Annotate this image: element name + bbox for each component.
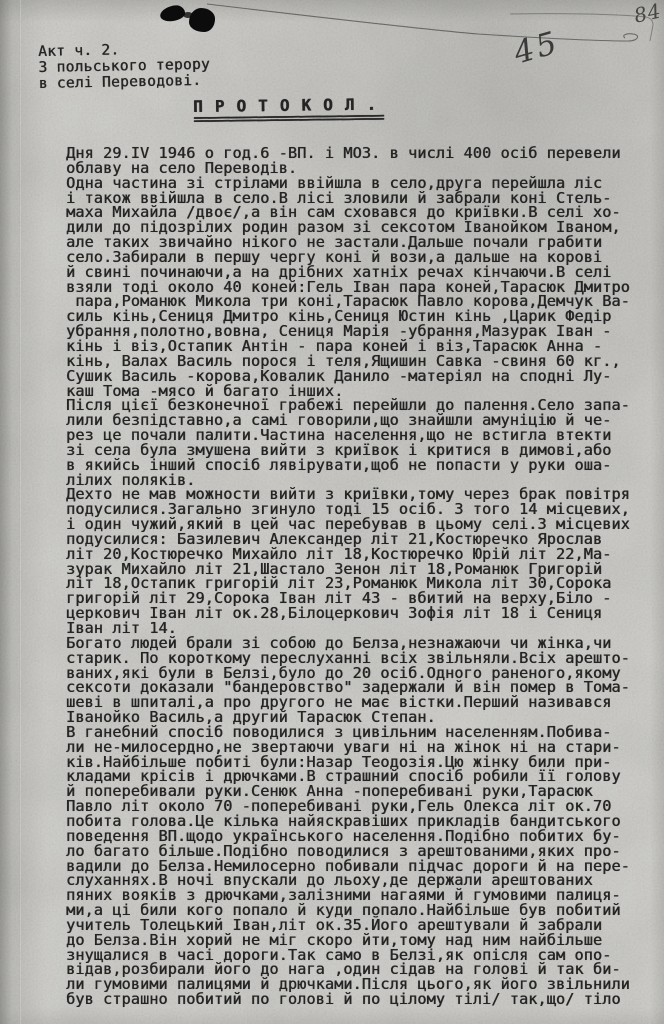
act-header: Акт ч. 2. З польського терору в селі Пер… — [38, 41, 210, 93]
protocol-title-block: П Р О Т О К О Л . ======================… — [193, 95, 383, 124]
scanned-document-page: 84 45 Акт ч. 2. З польського терору в се… — [0, 0, 664, 1024]
header-village-line: в селі Переводові. — [39, 73, 211, 92]
title-underline: =========================== — [193, 114, 383, 124]
typewritten-content: Акт ч. 2. З польського терору в селі Пер… — [0, 0, 664, 1024]
protocol-body: Дня 29.IV 1946 о год.6 -ВП. і МОЗ. в чис… — [66, 146, 656, 1007]
